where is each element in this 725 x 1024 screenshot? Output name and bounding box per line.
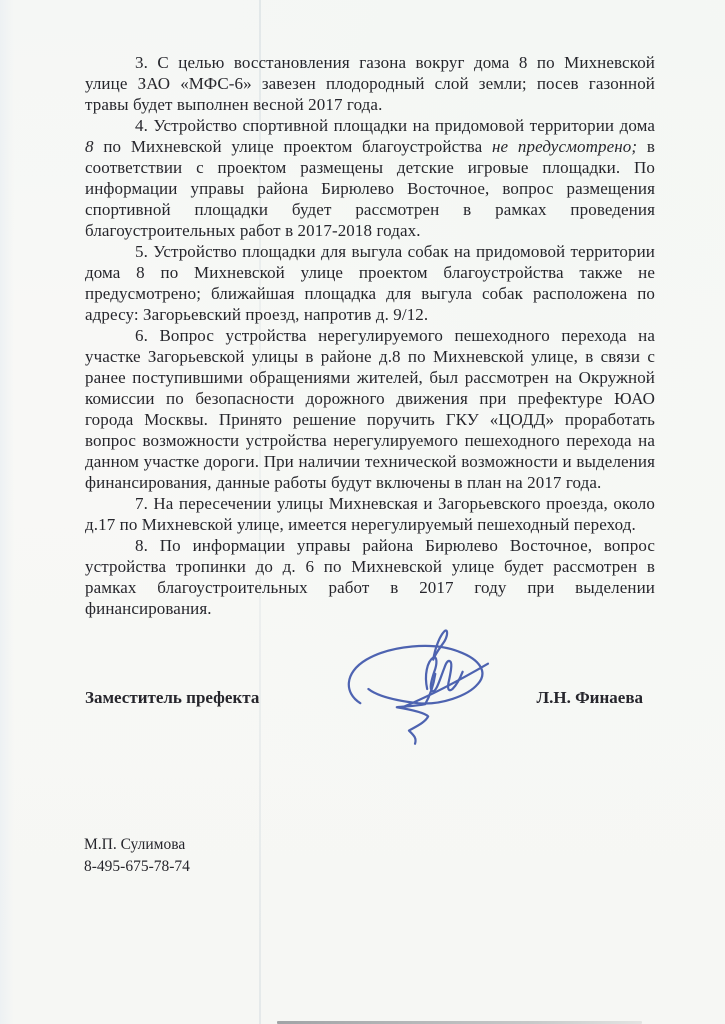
handwritten-signature-icon bbox=[338, 628, 490, 748]
paragraph-7: 7. На пересечении улицы Михневская и Заг… bbox=[85, 493, 655, 535]
paragraph-6: 6. Вопрос устройства нерегулируемого пеш… bbox=[85, 325, 655, 493]
executor-name: М.П. Сулимова bbox=[84, 834, 190, 856]
paragraph-4-segment: по Михневской улице проектом благоустрой… bbox=[94, 137, 492, 156]
signer-name: Л.Н. Финаева bbox=[536, 688, 655, 708]
paragraph-4-segment: 4. Устройство спортивной площадки на при… bbox=[135, 116, 655, 135]
paragraph-5: 5. Устройство площадки для выгула собак … bbox=[85, 241, 655, 325]
scanned-letter-page: 3. С целью восстановления газона вокруг … bbox=[0, 0, 725, 1024]
paragraph-8: 8. По информации управы района Бирюлево … bbox=[85, 535, 655, 619]
signer-title: Заместитель префекта bbox=[85, 688, 259, 708]
paragraph-4-italic-phrase: не предусмотрено; bbox=[492, 137, 637, 156]
signature-strokes bbox=[349, 630, 488, 743]
paragraph-4: 4. Устройство спортивной площадки на при… bbox=[85, 115, 655, 241]
contact-block: М.П. Сулимова 8-495-675-78-74 bbox=[84, 834, 190, 878]
paragraph-3: 3. С целью восстановления газона вокруг … bbox=[85, 52, 655, 115]
executor-phone: 8-495-675-78-74 bbox=[84, 856, 190, 878]
letter-body: 3. С целью восстановления газона вокруг … bbox=[85, 52, 655, 619]
paragraph-4-italic-house-number: 8 bbox=[85, 137, 94, 156]
